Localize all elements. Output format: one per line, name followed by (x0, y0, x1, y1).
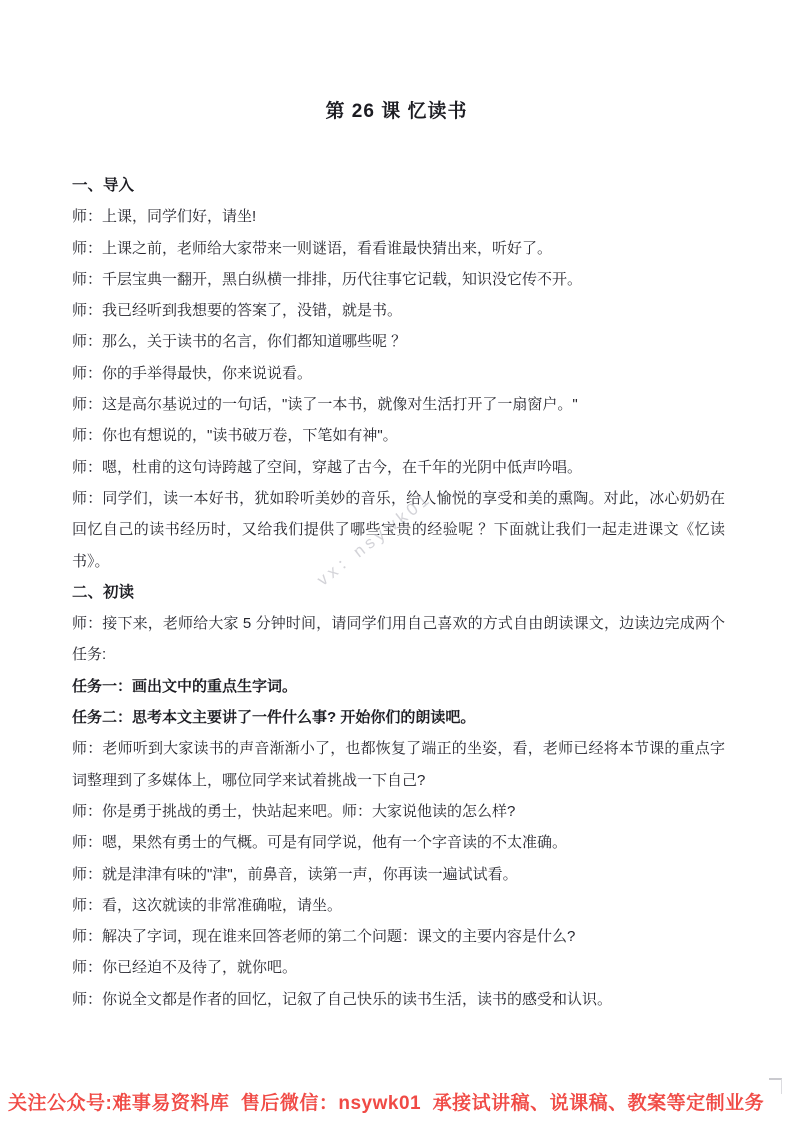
dialogue-line: 师：你的手举得最快，你来说说看。 (72, 358, 725, 389)
dialogue-line: 师：我已经听到我想要的答案了，没错，就是书。 (72, 295, 725, 326)
promo-footer: 关注公众号:难事易资料库 售后微信：nsywk01 承接试讲稿、说课稿、教案等定… (8, 1088, 793, 1115)
task-line: 任务二：思考本文主要讲了一件什么事? 开始你们的朗读吧。 (72, 702, 725, 733)
dialogue-line: 师：同学们，读一本好书，犹如聆听美妙的音乐，给人愉悦的享受和美的熏陶。对此，冰心… (72, 483, 725, 577)
dialogue-line: 师：你也有想说的，"读书破万卷，下笔如有神"。 (72, 420, 725, 451)
section-heading: 二、初读 (72, 577, 725, 608)
task-line: 任务一：画出文中的重点生字词。 (72, 671, 725, 702)
dialogue-line: 师：你是勇于挑战的勇士，快站起来吧。师：大家说他读的怎么样? (72, 796, 725, 827)
dialogue-line: 师：嗯，杜甫的这句诗跨越了空间，穿越了古今，在千年的光阴中低声吟唱。 (72, 452, 725, 483)
document-page: 第 26 课 忆读书 一、导入师：上课，同学们好，请坐!师：上课之前，老师给大家… (0, 0, 793, 1122)
dialogue-line: 师：接下来，老师给大家 5 分钟时间，请同学们用自己喜欢的方式自由朗读课文，边读… (72, 608, 725, 671)
dialogue-line: 师：上课之前，老师给大家带来一则谜语，看看谁最快猜出来，听好了。 (72, 233, 725, 264)
section-heading: 一、导入 (72, 170, 725, 201)
dialogue-line: 师：千层宝典一翻开，黑白纵横一排排，历代往事它记载，知识没它传不开。 (72, 264, 725, 295)
dialogue-line: 师：你说全文都是作者的回忆，记叙了自己快乐的读书生活，读书的感受和认识。 (72, 984, 725, 1015)
dialogue-line: 师：就是津津有味的"津"，前鼻音，读第一声，你再读一遍试试看。 (72, 859, 725, 890)
lesson-title: 第 26 课 忆读书 (0, 96, 793, 123)
dialogue-line: 师：解决了字词，现在谁来回答老师的第二个问题：课文的主要内容是什么? (72, 921, 725, 952)
dialogue-line: 师：上课，同学们好，请坐! (72, 201, 725, 232)
dialogue-line: 师：嗯，果然有勇士的气概。可是有同学说，他有一个字音读的不太准确。 (72, 827, 725, 858)
document-body: 一、导入师：上课，同学们好，请坐!师：上课之前，老师给大家带来一则谜语，看看谁最… (72, 170, 725, 1015)
dialogue-line: 师：你已经迫不及待了，就你吧。 (72, 952, 725, 983)
dialogue-line: 师：看，这次就读的非常准确啦，请坐。 (72, 890, 725, 921)
dialogue-line: 师：这是高尔基说过的一句话，"读了一本书，就像对生活打开了一扇窗户。" (72, 389, 725, 420)
dialogue-line: 师：老师听到大家读书的声音渐渐小了，也都恢复了端正的坐姿，看，老师已经将本节课的… (72, 733, 725, 796)
dialogue-line: 师：那么，关于读书的名言，你们都知道哪些呢 ？ (72, 326, 725, 357)
